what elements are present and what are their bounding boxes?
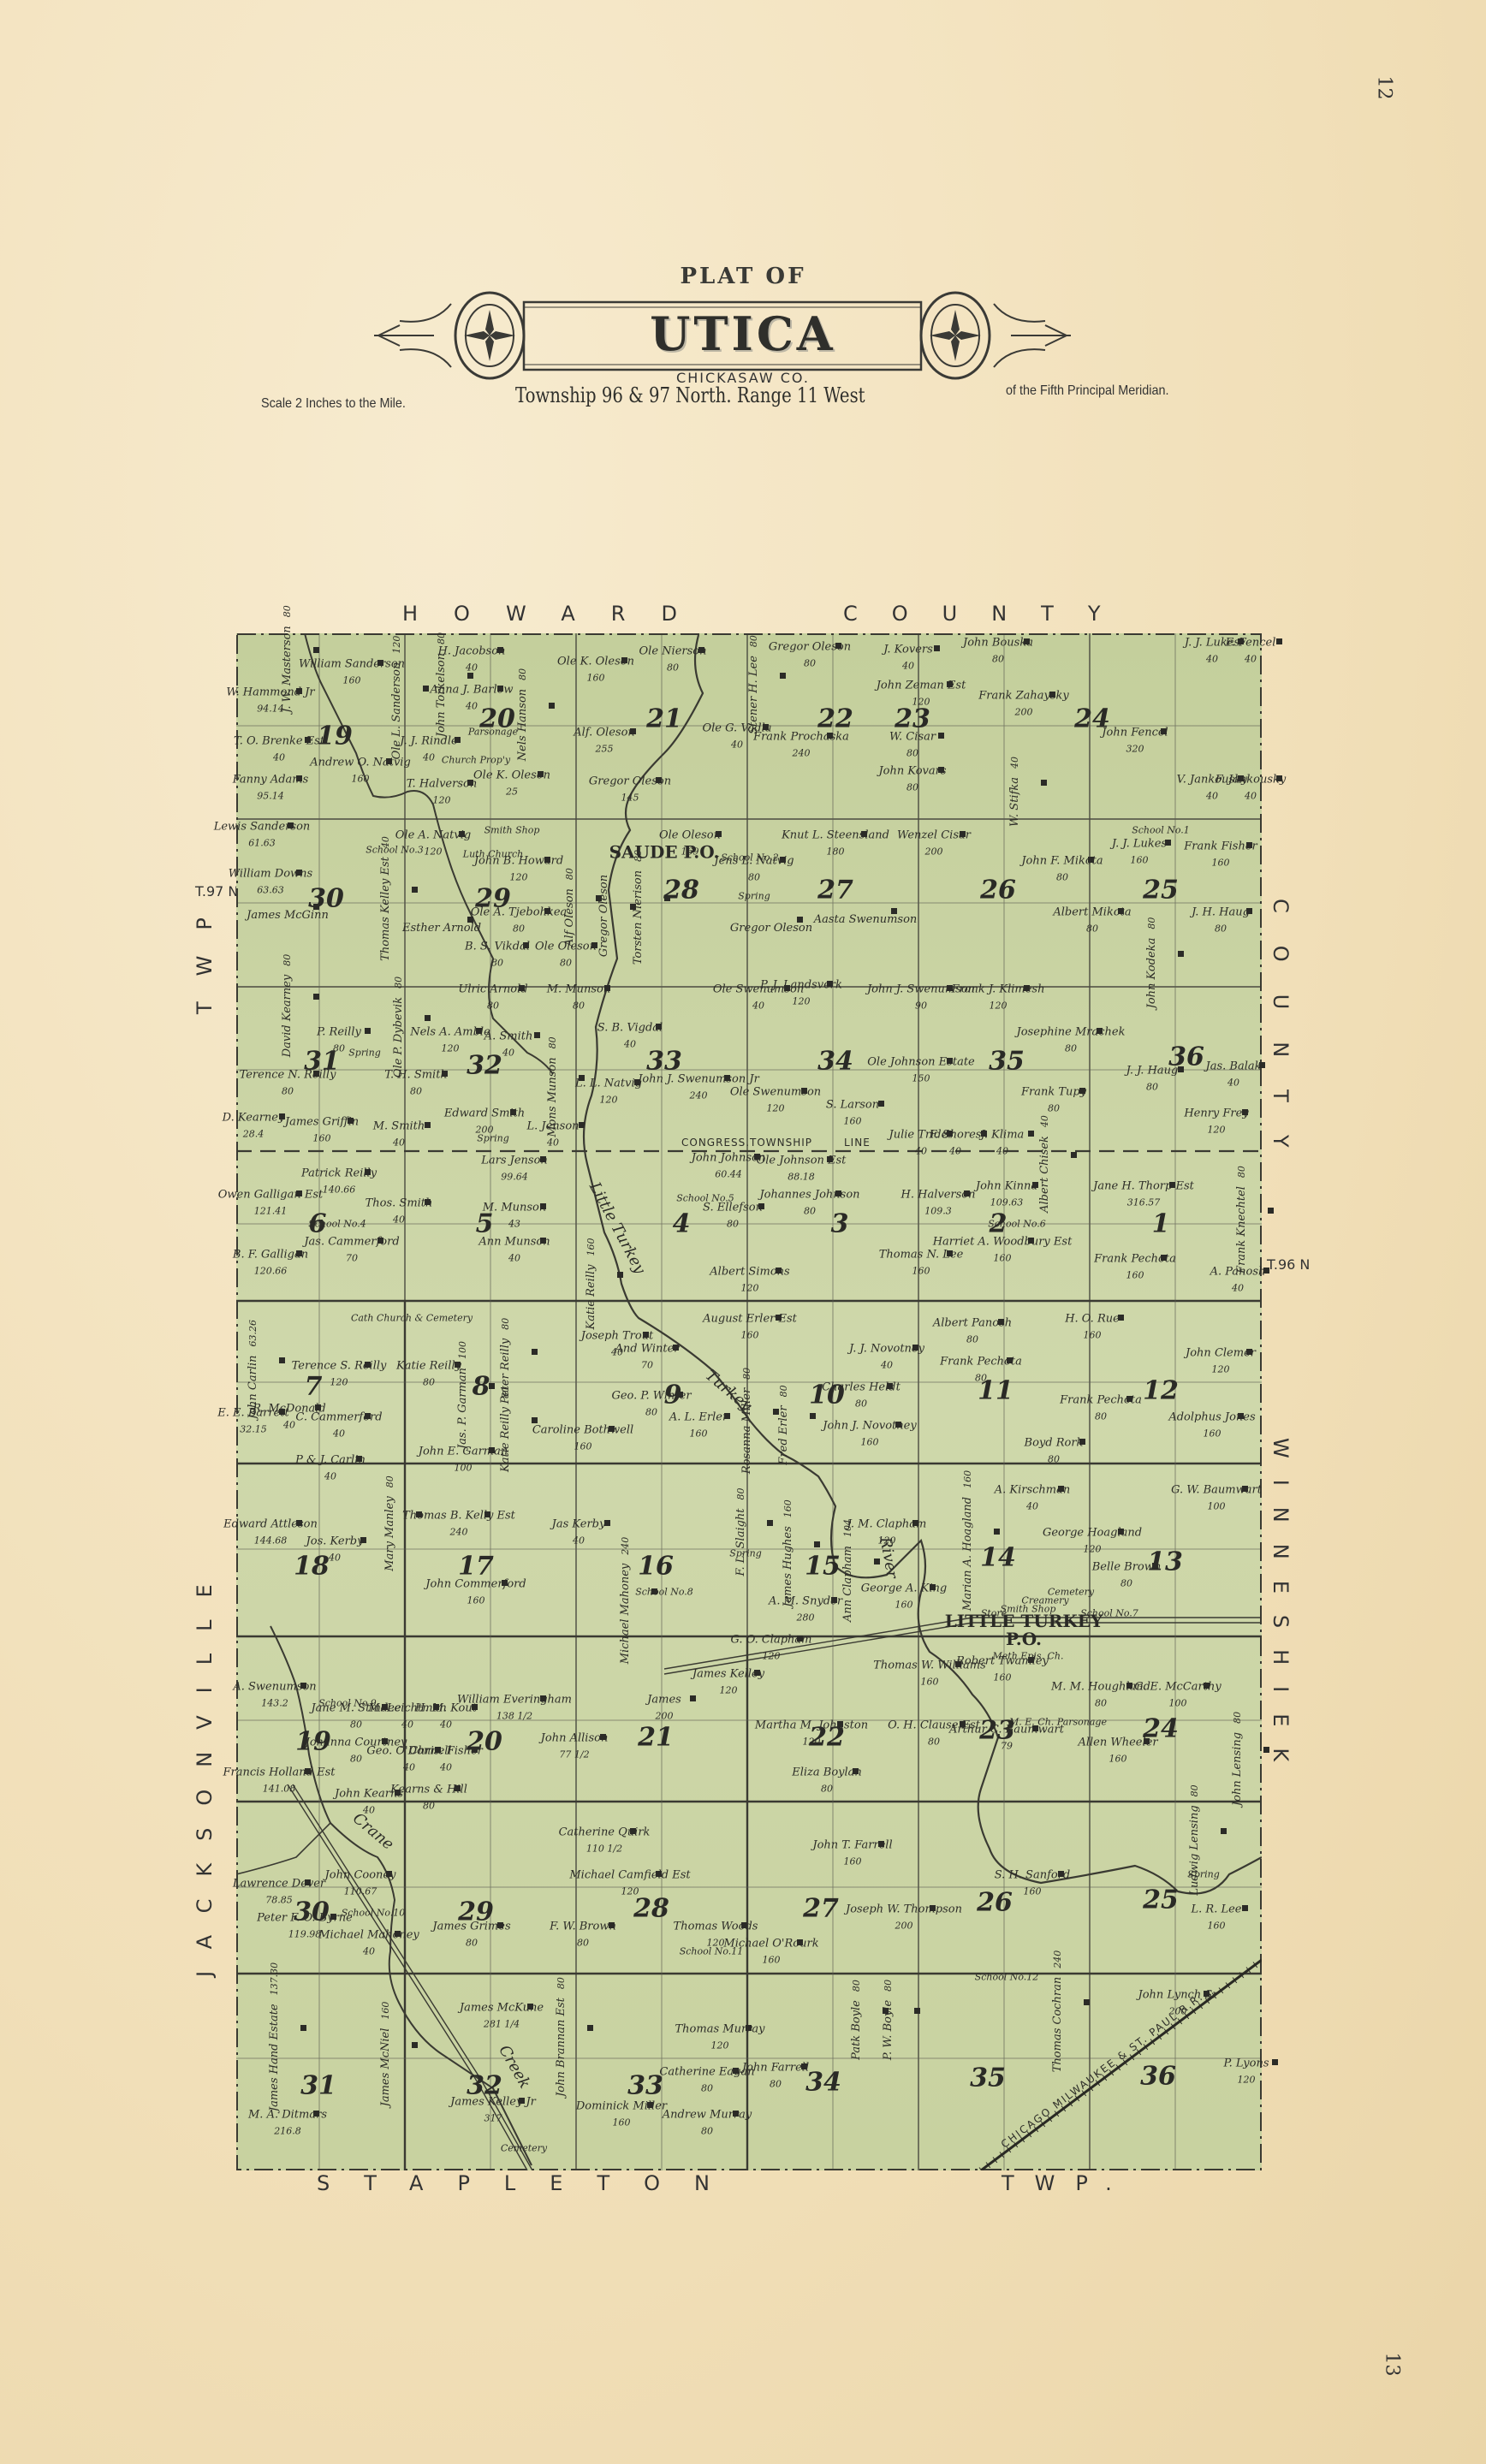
landowner-parcel: F. Jankousky40 xyxy=(1216,774,1287,800)
section-number: 28 xyxy=(633,1894,669,1924)
owner-name: John Bouska xyxy=(963,636,1033,649)
landowner-parcel: P. W. Boyle80 xyxy=(883,1980,895,2060)
house-marker-icon xyxy=(497,686,503,692)
house-marker-icon xyxy=(467,780,473,786)
owner-name: John Lensing xyxy=(1231,1732,1244,1806)
landowner-parcel: T. H. Smith80 xyxy=(384,1069,448,1095)
landowner-parcel: Gregor Oleson xyxy=(598,875,610,957)
parcel-acres: 80 xyxy=(1192,923,1250,934)
house-marker-icon xyxy=(776,1315,782,1321)
house-marker-icon xyxy=(305,737,311,743)
house-marker-icon xyxy=(1246,1349,1252,1355)
border-north-right: COUNTY xyxy=(843,602,1135,626)
house-marker-icon xyxy=(677,1392,683,1398)
parcel-acres: 80 xyxy=(1021,872,1103,882)
landowner-parcel: Ole Nierson80 xyxy=(639,645,707,672)
landowner-parcel: Thomas B. Kelly Est240 xyxy=(402,1510,515,1536)
landowner-parcel: David Kearney80 xyxy=(282,954,294,1058)
owner-name: James Hand Estate xyxy=(268,2004,281,2111)
parcel-acres: 160 xyxy=(425,1595,526,1606)
house-marker-icon xyxy=(604,1520,610,1526)
house-marker-icon xyxy=(912,1345,918,1351)
house-marker-icon xyxy=(690,1695,696,1701)
landowner-parcel: John Kovars80 xyxy=(878,765,946,792)
parcel-acres: 160 xyxy=(669,1428,728,1439)
parcel-acres: 80 xyxy=(500,1318,511,1330)
owner-name: W. Stifka xyxy=(1008,777,1021,827)
house-marker-icon xyxy=(540,1203,546,1209)
landowner-parcel: Ole Swenumson120 xyxy=(730,1086,821,1113)
house-marker-icon xyxy=(827,733,833,739)
house-marker-icon xyxy=(938,767,944,773)
landowner-parcel: Johannes Johnson80 xyxy=(759,1189,859,1215)
landowner-parcel: John J. Novotney160 xyxy=(823,1420,916,1446)
landowner-parcel: Marian A. Hoagland160 xyxy=(962,1470,974,1611)
house-marker-icon xyxy=(377,1238,383,1244)
owner-name: William Sanderson xyxy=(299,657,405,670)
parcel-acres: 120 xyxy=(1186,1364,1256,1374)
owner-name: A. L. Erler xyxy=(669,1410,728,1423)
landowner-parcel: Martha M. Johnston120 xyxy=(755,1719,868,1746)
house-marker-icon xyxy=(716,831,722,837)
house-marker-icon xyxy=(673,1345,679,1351)
parcel-acres: 80 xyxy=(282,954,293,966)
parcel-acres: 160 xyxy=(557,673,634,683)
owner-name: T. Halverson xyxy=(407,777,477,790)
parcel-acres: 180 xyxy=(782,846,889,857)
landowner-parcel: J. Klima40 xyxy=(981,1129,1025,1155)
house-marker-icon xyxy=(455,1785,461,1791)
landowner-parcel: J. J. Haug80 xyxy=(1126,1065,1179,1091)
owner-name: F. W. Brown xyxy=(550,1920,616,1933)
owner-name: George Hoagland xyxy=(1043,1526,1142,1539)
owner-name: Thomas Kelley Est xyxy=(379,857,392,961)
parcel-acres: 160 xyxy=(1192,1921,1242,1931)
house-marker-icon xyxy=(484,1511,490,1517)
parcel-acres: 80 xyxy=(963,654,1033,664)
parcel-acres: 160 xyxy=(532,1441,633,1452)
parcel-acres: 95.14 xyxy=(233,791,309,801)
house-marker-icon xyxy=(801,1088,807,1094)
landowner-parcel: John Kodeka80 xyxy=(1146,917,1158,1009)
parcel-acres: 80 xyxy=(659,2083,754,2093)
parcel-acres: 40 xyxy=(995,1501,1071,1511)
page-number-bottom: 13 xyxy=(1382,2353,1403,2377)
parcel-acres: 80 xyxy=(1060,1411,1142,1422)
house-marker-icon xyxy=(467,917,473,923)
parcel-acres: 40 xyxy=(1039,1115,1050,1127)
parcel-acres: 80 xyxy=(940,1373,1022,1383)
owner-name: William Everingham xyxy=(457,1693,572,1706)
parcel-acres: 120 xyxy=(474,872,563,882)
parcel-acres: 40 xyxy=(306,1553,364,1563)
house-marker-icon xyxy=(947,681,953,687)
house-marker-icon xyxy=(1028,1131,1034,1137)
owner-name: Alf. Oleson xyxy=(574,726,635,739)
parcel-acres: 160 xyxy=(962,1470,973,1488)
owner-name: Eliza Boylan xyxy=(792,1766,862,1778)
owner-name: J. Kovers xyxy=(883,643,933,656)
landowner-parcel: J. Kovers40 xyxy=(883,644,933,670)
parcel-acres: 110 1/2 xyxy=(559,1844,651,1854)
parcel-acres: 160 xyxy=(782,1499,794,1517)
landowner-parcel: Stener H. Lee80 xyxy=(748,635,760,734)
parcel-acres: 160 xyxy=(995,1886,1071,1897)
landmark-label: Cath Church & Cemetery xyxy=(351,1313,473,1324)
parcel-acres: 80 xyxy=(436,632,447,644)
parcel-acres: 120 xyxy=(731,1651,812,1661)
parcel-acres: 94.14 xyxy=(226,704,314,714)
house-marker-icon xyxy=(532,1417,538,1423)
parcel-acres: 40 xyxy=(1009,757,1020,769)
house-marker-icon xyxy=(960,831,966,837)
parcel-acres: 160 xyxy=(1184,858,1257,868)
landowner-parcel: Michael Mahoney240 xyxy=(620,1537,632,1665)
parcel-acres: 138 1/2 xyxy=(457,1711,572,1721)
owner-name: Josephine Mrachek xyxy=(1017,1025,1126,1038)
parcel-acres: 120 xyxy=(1043,1544,1142,1554)
parcel-acres: 80 xyxy=(889,748,936,758)
owner-name: H. O. Rue xyxy=(1065,1312,1120,1325)
parcel-acres: 120 xyxy=(407,795,477,805)
landmark-label: Spring xyxy=(1187,1869,1219,1880)
landowner-parcel: August Erler Est160 xyxy=(703,1313,797,1339)
section-number: 33 xyxy=(627,2071,663,2101)
house-marker-icon xyxy=(767,1520,773,1526)
parcel-acres: 25 xyxy=(473,787,550,797)
congress-label: CONGRESS. xyxy=(681,1137,750,1149)
owner-name: M. Munson xyxy=(483,1201,547,1214)
owner-name: Ole P. Dybevik xyxy=(392,997,405,1078)
landowner-parcel: John Bouska80 xyxy=(963,637,1033,663)
parcel-acres: 200 xyxy=(647,1711,681,1721)
house-marker-icon xyxy=(1058,1871,1064,1877)
house-marker-icon xyxy=(930,1905,936,1911)
landowner-parcel: Lewis Sanderson61.63 xyxy=(214,821,311,847)
owner-name: Michael Camfield Est xyxy=(569,1868,690,1881)
landowner-parcel: M. Smith40 xyxy=(373,1120,425,1147)
parcel-acres: 80 xyxy=(1017,1043,1126,1054)
owner-name: Ole Oleson xyxy=(535,940,597,953)
owner-name: John J. Novotney xyxy=(823,1419,916,1432)
parcel-acres: 60.44 xyxy=(692,1169,766,1179)
parcel-acres: 80 xyxy=(556,1977,567,1989)
parcel-acres: 140.66 xyxy=(301,1185,377,1195)
parcel-acres: 80 xyxy=(1021,1103,1086,1113)
landowner-parcel: Terence S. Reilly120 xyxy=(292,1360,387,1386)
parcel-acres: 88.18 xyxy=(757,1172,847,1182)
owner-name: Terence S. Reilly xyxy=(292,1359,387,1372)
parcel-acres: 80 xyxy=(1189,1784,1200,1796)
parcel-acres: 40 xyxy=(430,701,513,711)
owner-name: Alf Oleson xyxy=(563,888,576,947)
section-number: 4 xyxy=(673,1209,691,1239)
landowner-parcel: Katie Reilly80 xyxy=(500,1386,512,1472)
landowner-parcel: And Winter70 xyxy=(615,1343,679,1369)
house-marker-icon xyxy=(296,1250,302,1256)
parcel-acres: 120 xyxy=(391,636,402,654)
saude-post-office: SAUDE P.O. xyxy=(609,844,720,862)
landowner-parcel: James200 xyxy=(647,1694,681,1720)
landowner-parcel: George Hoagland120 xyxy=(1043,1527,1142,1553)
landowner-parcel: Michael Mahoney40 xyxy=(318,1929,419,1956)
house-marker-icon xyxy=(656,1024,662,1030)
house-marker-icon xyxy=(313,904,319,910)
house-marker-icon xyxy=(1071,1152,1077,1158)
landowner-parcel: L. L. Natvig120 xyxy=(575,1078,642,1104)
parcel-acres: 80 xyxy=(393,977,404,989)
parcel-acres: 150 xyxy=(867,1073,974,1084)
owner-name: F. L. Slaight xyxy=(734,1508,747,1576)
owner-name: G. W. Baumwart xyxy=(1171,1483,1262,1496)
house-marker-icon xyxy=(1169,1182,1175,1188)
title-block: PLAT OF UTICA CHICKASAW CO. Township 96 … xyxy=(0,0,1486,428)
house-marker-icon xyxy=(591,942,597,948)
house-marker-icon xyxy=(1221,1828,1227,1834)
owner-name: Knut L. Steensland xyxy=(782,828,889,841)
house-marker-icon xyxy=(1126,1683,1132,1689)
landowner-parcel: J. J. Lukes160 xyxy=(1112,838,1167,864)
parcel-acres: 40 xyxy=(1210,1283,1266,1293)
parcel-acres: 144.68 xyxy=(223,1535,318,1546)
plat-map: 1920212223243029282726253132333435366543… xyxy=(236,633,1262,2170)
parcel-acres: 40 xyxy=(409,1762,483,1772)
house-marker-icon xyxy=(296,870,302,876)
house-marker-icon xyxy=(467,673,473,679)
house-marker-icon xyxy=(288,822,294,828)
landowner-parcel: W. Cisar80 xyxy=(889,731,936,757)
parcel-acres: 80 xyxy=(883,1980,894,1992)
section-number: 34 xyxy=(817,1047,853,1077)
landowner-parcel: Rosanna Miller80 xyxy=(741,1368,753,1474)
owner-name: L. L. Natvig xyxy=(575,1077,642,1090)
owner-name: Ole Swenumson xyxy=(730,1085,821,1098)
owner-name: Ulric Arnold xyxy=(458,983,527,995)
owner-name: Gregor Oleson xyxy=(730,922,812,935)
house-marker-icon xyxy=(1276,775,1282,781)
section-number: 12 xyxy=(1143,1376,1179,1406)
landowner-parcel: F. W. Brown80 xyxy=(550,1921,616,1947)
parcel-acres: 120 xyxy=(575,1095,642,1105)
landowner-parcel: James McGinn xyxy=(247,910,329,922)
owner-name: Patk Boyle xyxy=(850,2000,863,2060)
landmark-label: Spring xyxy=(738,891,770,902)
owner-name: Torsten Nierison xyxy=(632,870,645,965)
house-marker-icon xyxy=(600,1734,606,1740)
owner-name: Harriet A. Woodbury Est xyxy=(933,1235,1073,1248)
house-marker-icon xyxy=(365,1028,371,1034)
landowner-parcel: Katie Reilly160 xyxy=(585,1238,597,1330)
landowner-parcel: John Fencel320 xyxy=(1102,727,1168,753)
house-marker-icon xyxy=(1152,1563,1158,1569)
house-marker-icon xyxy=(425,1122,431,1128)
landowner-parcel: Lawrence Dever78.85 xyxy=(233,1878,325,1904)
house-marker-icon xyxy=(544,908,550,914)
landowner-parcel: Mary Manley80 xyxy=(384,1475,396,1570)
parcel-acres: 120 xyxy=(692,1685,764,1695)
owner-name: F. Fencel xyxy=(1226,636,1276,649)
parcel-acres: 120 xyxy=(569,1886,690,1897)
map-scale: Scale 2 Inches to the Mile. xyxy=(261,396,406,412)
landowner-parcel: Knut L. Steensland180 xyxy=(782,829,889,856)
landmark-label: Spring xyxy=(729,1548,761,1559)
parcel-acres: 160 xyxy=(879,1266,964,1276)
parcel-acres: 240 xyxy=(402,1527,515,1537)
house-marker-icon xyxy=(1079,1088,1085,1094)
landowner-parcel: H. O. Rue160 xyxy=(1065,1313,1120,1339)
house-marker-icon xyxy=(647,2102,653,2108)
parcel-acres: 160 xyxy=(576,2117,667,2128)
parcel-acres: 160 xyxy=(823,1437,916,1447)
house-marker-icon xyxy=(348,1118,354,1124)
owner-name: Ole Nierson xyxy=(639,644,707,657)
landowner-parcel: Terence N. Reilly80 xyxy=(240,1069,336,1095)
house-marker-icon xyxy=(733,2111,739,2117)
parcel-acres: 80 xyxy=(663,2126,752,2136)
house-marker-icon xyxy=(810,1413,816,1419)
section-number: 22 xyxy=(817,704,853,734)
parcel-acres: 40 xyxy=(981,1146,1025,1156)
owner-name: L. Jenson xyxy=(526,1119,579,1132)
house-marker-icon xyxy=(621,657,627,663)
parcel-acres: 317 xyxy=(450,2113,536,2123)
section-number: 35 xyxy=(970,2063,1006,2093)
landmark-label: School No.1 xyxy=(1132,825,1190,836)
landowner-parcel: A. Smith40 xyxy=(484,1030,533,1057)
parcel-acres: 80 xyxy=(1146,917,1157,929)
parcel-acres: 160 xyxy=(1112,855,1167,865)
owner-name: Edward Attleson xyxy=(223,1517,318,1530)
owner-name: J. J. Rindle xyxy=(400,734,457,747)
owner-name: John J. Swenumson Jr xyxy=(638,1072,759,1085)
house-marker-icon xyxy=(382,1738,388,1744)
owner-name: John Kinna xyxy=(976,1179,1037,1192)
owner-name: Thomas B. Kelly Est xyxy=(402,1509,515,1522)
section-number: 27 xyxy=(817,876,853,905)
house-marker-icon xyxy=(1178,951,1184,957)
owner-name: Joseph W. Thompson xyxy=(846,1903,962,1915)
owner-name: Jas. Balak xyxy=(1206,1060,1262,1072)
parcel-acres: 110.67 xyxy=(325,1886,396,1897)
parcel-acres: 120 xyxy=(710,1283,789,1293)
parcel-acres: 80 xyxy=(500,1386,511,1398)
owner-name: Frank Tupy xyxy=(1021,1085,1086,1098)
house-marker-icon xyxy=(1028,1238,1034,1244)
house-marker-icon xyxy=(519,985,525,991)
owner-name: Lawrence Dever xyxy=(233,1877,325,1890)
section-number: 27 xyxy=(803,1894,839,1924)
parcel-acres: 120 xyxy=(292,1377,387,1387)
landowner-parcel: Jas. Balak40 xyxy=(1206,1060,1262,1087)
house-marker-icon xyxy=(733,2068,739,2074)
house-marker-icon xyxy=(1272,2059,1278,2065)
parcel-acres: 281 1/4 xyxy=(460,2019,544,2029)
owner-name: Frank Knechtel xyxy=(1235,1186,1248,1274)
house-marker-icon xyxy=(1178,1066,1184,1072)
parcel-acres: 40 xyxy=(318,1946,419,1956)
landowner-parcel: Arthur C. Baumwart79 xyxy=(949,1724,1064,1750)
parcel-acres: 80 xyxy=(396,1377,461,1387)
landmark-label: School No.3 xyxy=(366,845,424,856)
landowner-parcel: W. Stifka40 xyxy=(1009,757,1021,827)
parcel-acres: 80 xyxy=(703,1219,763,1229)
owner-name: T. H. Smith xyxy=(384,1068,448,1081)
landmark-label: School No.4 xyxy=(308,1219,366,1230)
parcel-acres: 145 xyxy=(589,793,671,803)
parcel-acres: 160 xyxy=(812,1856,892,1867)
house-marker-icon xyxy=(754,1670,760,1676)
house-marker-icon xyxy=(827,1156,833,1162)
landowner-parcel: Albert Chisek40 xyxy=(1039,1115,1051,1213)
house-marker-icon xyxy=(538,771,544,777)
section-number: 33 xyxy=(646,1047,682,1077)
landmark-label: School No.6 xyxy=(988,1219,1046,1230)
landowner-parcel: Joseph W. Thompson200 xyxy=(846,1903,962,1930)
parcel-acres: 80 xyxy=(778,1385,789,1397)
house-marker-icon xyxy=(412,2042,418,2048)
owner-name: Henry Frey xyxy=(1184,1107,1248,1119)
landmark-label: School No.9 xyxy=(318,1698,377,1709)
owner-name: Ann Clapham xyxy=(841,1546,854,1622)
house-marker-icon xyxy=(497,1922,503,1928)
parcel-acres: 77 1/2 xyxy=(541,1749,609,1760)
parcel-acres: 40 xyxy=(415,1719,477,1730)
house-marker-icon xyxy=(1126,1396,1132,1402)
house-marker-icon xyxy=(780,673,786,679)
house-marker-icon xyxy=(1263,1268,1269,1274)
parcel-acres: 70 xyxy=(615,1360,679,1370)
parcel-acres: 80 xyxy=(390,1801,467,1811)
owner-name: Francis Holland Est xyxy=(223,1766,335,1778)
parcel-acres: 100 xyxy=(1134,1698,1221,1708)
owner-name: Esther Arnold xyxy=(402,922,481,935)
parcel-acres: 120 xyxy=(877,697,966,707)
house-marker-icon xyxy=(523,942,529,948)
parcel-acres: 109.3 xyxy=(901,1206,976,1216)
landowner-parcel: Josephine Mrachek80 xyxy=(1017,1026,1126,1053)
landowner-parcel: A. L. Erler160 xyxy=(669,1411,728,1438)
house-marker-icon xyxy=(300,2025,306,2031)
owner-name: Lewis Sanderson xyxy=(214,820,311,833)
house-marker-icon xyxy=(964,1190,970,1196)
parcel-acres: 40 xyxy=(373,1137,425,1148)
township-96n-marker: T.96 N xyxy=(1267,1256,1310,1273)
owner-name: Terence N. Reilly xyxy=(240,1068,336,1081)
little-turkey-po-label: P.O. xyxy=(1006,1629,1042,1649)
parcel-acres: 80 xyxy=(384,1086,448,1096)
owner-name: Thos. Smith xyxy=(366,1196,433,1209)
parcel-acres: 160 xyxy=(380,2002,391,2020)
house-marker-icon xyxy=(827,981,833,987)
owner-name: Michael Mahoney xyxy=(318,1928,419,1941)
parcel-acres: 80 xyxy=(1126,1082,1179,1092)
parcel-acres: 120.66 xyxy=(233,1266,308,1276)
house-marker-icon xyxy=(1144,1738,1150,1744)
parcel-acres: 137.30 xyxy=(269,1962,280,1996)
landowner-parcel: Fred Erler80 xyxy=(778,1385,790,1464)
house-marker-icon xyxy=(630,1828,636,1834)
parcel-acres: 80 xyxy=(822,1398,901,1409)
house-marker-icon xyxy=(395,1931,401,1937)
landmark-label: Smith Shop xyxy=(484,825,540,836)
house-marker-icon xyxy=(724,1413,730,1419)
house-marker-icon xyxy=(497,647,503,653)
house-marker-icon xyxy=(741,1922,747,1928)
house-marker-icon xyxy=(534,1032,540,1038)
house-marker-icon xyxy=(664,895,670,901)
owner-name: J. Klima xyxy=(981,1128,1025,1141)
house-marker-icon xyxy=(1246,908,1252,914)
